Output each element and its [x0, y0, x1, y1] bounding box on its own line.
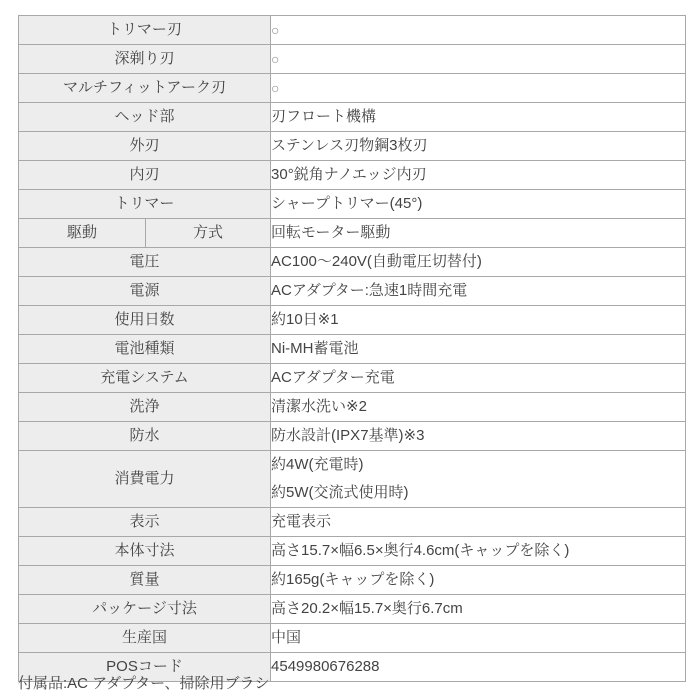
spec-value: 中国 [271, 624, 686, 653]
spec-value: Ni-MH蓄電池 [271, 335, 686, 364]
spec-value: ACアダプター充電 [271, 364, 686, 393]
spec-row: 消費電力約4W(充電時)約5W(交流式使用時) [19, 451, 686, 508]
spec-value: AC100〜240V(自動電圧切替付) [271, 248, 686, 277]
spec-value-line: 約5W(交流式使用時) [271, 479, 685, 507]
spec-label: 外刃 [19, 132, 271, 161]
spec-value: 刃フロート機構 [271, 103, 686, 132]
spec-label: 洗浄 [19, 393, 271, 422]
spec-table: トリマー刃○深剃り刃○マルチフィットアーク刃○ヘッド部刃フロート機構外刃ステンレ… [18, 15, 686, 682]
spec-row: 使用日数約10日※1 [19, 306, 686, 335]
spec-value: 高さ20.2×幅15.7×奥行6.7cm [271, 595, 686, 624]
spec-row: トリマー刃○ [19, 16, 686, 45]
spec-label: 電源 [19, 277, 271, 306]
spec-label: 内刃 [19, 161, 271, 190]
spec-row: 充電システムACアダプター充電 [19, 364, 686, 393]
spec-value: 約10日※1 [271, 306, 686, 335]
spec-value: 約165g(キャップを除く) [271, 566, 686, 595]
spec-row: 洗浄清潔水洗い※2 [19, 393, 686, 422]
spec-value-line: 約4W(充電時) [271, 451, 685, 479]
spec-value: 30°鋭角ナノエッジ内刃 [271, 161, 686, 190]
spec-value: 4549980676288 [271, 653, 686, 682]
spec-row: マルチフィットアーク刃○ [19, 74, 686, 103]
spec-label: 質量 [19, 566, 271, 595]
spec-row: 質量約165g(キャップを除く) [19, 566, 686, 595]
spec-row: ヘッド部刃フロート機構 [19, 103, 686, 132]
spec-label: 使用日数 [19, 306, 271, 335]
spec-value: 充電表示 [271, 508, 686, 537]
spec-value: 回転モーター駆動 [271, 219, 686, 248]
spec-value: シャープトリマー(45°) [271, 190, 686, 219]
spec-label: トリマー [19, 190, 271, 219]
spec-value: 清潔水洗い※2 [271, 393, 686, 422]
spec-value: ○ [271, 16, 686, 45]
spec-value: 防水設計(IPX7基準)※3 [271, 422, 686, 451]
spec-label: ヘッド部 [19, 103, 271, 132]
spec-label: パッケージ寸法 [19, 595, 271, 624]
spec-sublabel: 方式 [146, 219, 271, 248]
spec-value: ACアダプター:急速1時間充電 [271, 277, 686, 306]
spec-row: 深剃り刃○ [19, 45, 686, 74]
spec-value: 約4W(充電時)約5W(交流式使用時) [271, 451, 686, 508]
spec-label: 生産国 [19, 624, 271, 653]
spec-value: ○ [271, 74, 686, 103]
spec-value: 高さ15.7×幅6.5×奥行4.6cm(キャップを除く) [271, 537, 686, 566]
spec-label: 電池種類 [19, 335, 271, 364]
spec-label: 駆動 [19, 219, 146, 248]
spec-label: 充電システム [19, 364, 271, 393]
spec-row: 駆動方式回転モーター駆動 [19, 219, 686, 248]
spec-row: 電源ACアダプター:急速1時間充電 [19, 277, 686, 306]
spec-row: 生産国中国 [19, 624, 686, 653]
spec-label: 表示 [19, 508, 271, 537]
spec-row: 外刃ステンレス刃物鋼3枚刃 [19, 132, 686, 161]
spec-label: トリマー刃 [19, 16, 271, 45]
spec-row: 電池種類Ni-MH蓄電池 [19, 335, 686, 364]
spec-table-body: トリマー刃○深剃り刃○マルチフィットアーク刃○ヘッド部刃フロート機構外刃ステンレ… [19, 16, 686, 682]
spec-row: 本体寸法高さ15.7×幅6.5×奥行4.6cm(キャップを除く) [19, 537, 686, 566]
spec-label: 消費電力 [19, 451, 271, 508]
accessories-note: 付属品:AC アダプター、掃除用ブラシ [18, 672, 269, 693]
spec-label: 深剃り刃 [19, 45, 271, 74]
spec-label: 電圧 [19, 248, 271, 277]
spec-row: 表示充電表示 [19, 508, 686, 537]
spec-row: トリマーシャープトリマー(45°) [19, 190, 686, 219]
spec-row: パッケージ寸法高さ20.2×幅15.7×奥行6.7cm [19, 595, 686, 624]
spec-value: ○ [271, 45, 686, 74]
spec-row: 電圧AC100〜240V(自動電圧切替付) [19, 248, 686, 277]
spec-label: 防水 [19, 422, 271, 451]
spec-sheet-page: トリマー刃○深剃り刃○マルチフィットアーク刃○ヘッド部刃フロート機構外刃ステンレ… [0, 0, 700, 700]
spec-label: 本体寸法 [19, 537, 271, 566]
spec-row: 防水防水設計(IPX7基準)※3 [19, 422, 686, 451]
spec-label: マルチフィットアーク刃 [19, 74, 271, 103]
spec-value: ステンレス刃物鋼3枚刃 [271, 132, 686, 161]
spec-row: 内刃30°鋭角ナノエッジ内刃 [19, 161, 686, 190]
